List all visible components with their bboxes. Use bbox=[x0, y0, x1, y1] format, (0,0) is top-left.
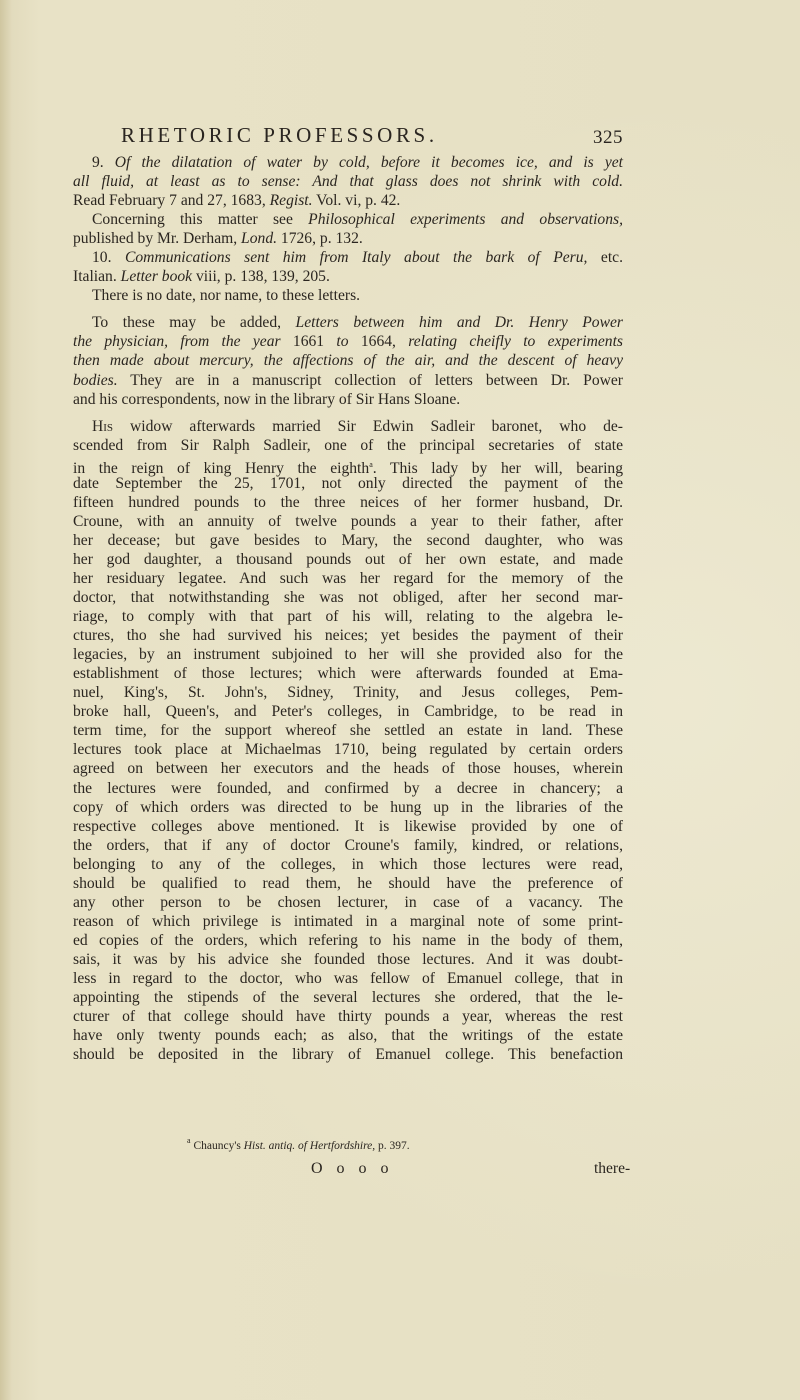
running-title: RHETORIC PROFESSORS. bbox=[121, 123, 438, 147]
text-line: Italian. Letter book viii, p. 138, 139, … bbox=[73, 267, 623, 286]
paragraph-gap bbox=[73, 305, 623, 313]
text-line: appointing the stipends of the several l… bbox=[73, 988, 623, 1007]
text-line: should be qualified to read them, he sho… bbox=[73, 874, 623, 893]
text-line: published by Mr. Derham, Lond. 1726, p. … bbox=[73, 229, 623, 248]
text-line: respective colleges above mentioned. It … bbox=[73, 817, 623, 836]
footnote-marker: a bbox=[187, 1136, 191, 1145]
page-number: 325 bbox=[593, 127, 623, 149]
text-line: cturer of that college should have thirt… bbox=[73, 1007, 623, 1026]
text-line: bodies. They are in a manuscript collect… bbox=[73, 371, 623, 390]
text-line: date September the 25, 1701, not only di… bbox=[73, 474, 623, 493]
text-line: doctor, that notwithstanding she was not… bbox=[73, 588, 623, 607]
text-line: her god daughter, a thousand pounds out … bbox=[73, 550, 623, 569]
text-line: His widow afterwards married Sir Edwin S… bbox=[73, 417, 623, 436]
book-page: RHETORIC PROFESSORS. 325 9. Of the dilat… bbox=[0, 0, 800, 1400]
text-line: Read February 7 and 27, 1683, Regist. Vo… bbox=[73, 191, 623, 210]
text-line: ed copies of the orders, which refering … bbox=[73, 931, 623, 950]
text-line: less in regard to the doctor, who was fe… bbox=[73, 969, 623, 988]
text-line: fifteen hundred pounds to the three neic… bbox=[73, 493, 623, 512]
text-line: 9. Of the dilatation of water by cold, b… bbox=[73, 153, 623, 172]
text-line: term time, for the support whereof she s… bbox=[73, 721, 623, 740]
footnote: a Chauncy's Hist. antiq. of Hertfordshir… bbox=[187, 1136, 410, 1152]
text-line: There is no date, nor name, to these let… bbox=[73, 286, 623, 305]
paragraph-gap bbox=[73, 409, 623, 417]
text-line: establishment of those lectures; which w… bbox=[73, 664, 623, 683]
text-line: copy of which orders was directed to be … bbox=[73, 798, 623, 817]
text-line: scended from Sir Ralph Sadleir, one of t… bbox=[73, 436, 623, 455]
text-line: the physician, from the year 1661 to 166… bbox=[73, 332, 623, 351]
text-line: Croune, with an annuity of twelve pounds… bbox=[73, 512, 623, 531]
catchword: there- bbox=[594, 1160, 630, 1178]
text-line: have only twenty pounds each; as also, t… bbox=[73, 1026, 623, 1045]
text-line: 10. Communications sent him from Italy a… bbox=[73, 248, 623, 267]
text-line: riage, to comply with that part of his w… bbox=[73, 607, 623, 626]
text-line: sais, it was by his advice she founded t… bbox=[73, 950, 623, 969]
text-line: any other person to be chosen lecturer, … bbox=[73, 893, 623, 912]
text-line: reason of which privilege is intimated i… bbox=[73, 912, 623, 931]
text-line: belonging to any of the colleges, in whi… bbox=[73, 855, 623, 874]
running-header: RHETORIC PROFESSORS. 325 bbox=[121, 123, 621, 148]
text-line: Concerning this matter see Philosophical… bbox=[73, 210, 623, 229]
body-text: 9. Of the dilatation of water by cold, b… bbox=[73, 153, 623, 1064]
text-line: lectures took place at Michaelmas 1710, … bbox=[73, 740, 623, 759]
text-line: in the reign of king Henry the eightha. … bbox=[73, 455, 623, 474]
text-line: ctures, tho she had survived his neices;… bbox=[73, 626, 623, 645]
text-line: her residuary legatee. And such was her … bbox=[73, 569, 623, 588]
text-line: and his correspondents, now in the libra… bbox=[73, 390, 623, 409]
text-line: the orders, that if any of doctor Croune… bbox=[73, 836, 623, 855]
text-line: then made about mercury, the affections … bbox=[73, 351, 623, 370]
text-line: broke hall, Queen's, and Peter's college… bbox=[73, 702, 623, 721]
text-line: legacies, by an instrument subjoined to … bbox=[73, 645, 623, 664]
text-line: all fluid, at least as to sense: And tha… bbox=[73, 172, 623, 191]
text-line: nuel, King's, St. John's, Sidney, Trinit… bbox=[73, 683, 623, 702]
text-line: should be deposited in the library of Em… bbox=[73, 1045, 623, 1064]
text-line: agreed on between her executors and the … bbox=[73, 759, 623, 778]
text-line: her decease; but gave besides to Mary, t… bbox=[73, 531, 623, 550]
text-line: the lectures were founded, and confirmed… bbox=[73, 779, 623, 798]
signature-mark: O o o o bbox=[311, 1160, 394, 1178]
text-line: To these may be added, Letters between h… bbox=[73, 313, 623, 332]
